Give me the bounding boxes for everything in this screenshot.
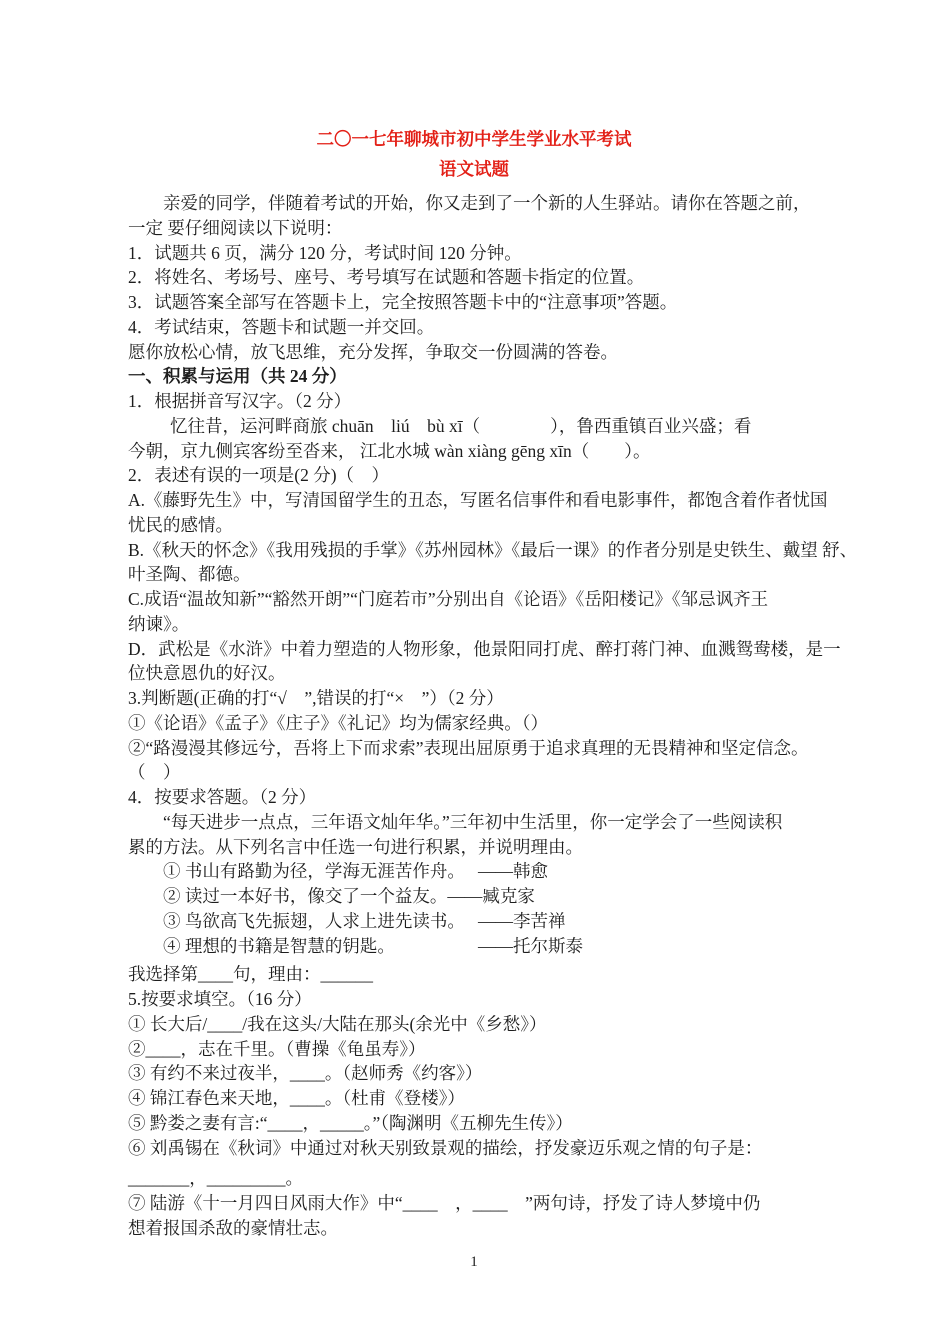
question-line: 2．表述有误的一项是(2 分)（ ） xyxy=(128,463,820,488)
page-number: 1 xyxy=(128,1250,820,1274)
option-line: D．武松是《水浒》中着力塑造的人物形象，他景阳同打虎、醉打蒋门神、血溅鸳鸯楼，是… xyxy=(128,637,820,662)
fill-item-line: ① 长大后/____/我在这头/大陆在那头(余光中《乡愁》） xyxy=(128,1012,820,1037)
fill-item-line: ④ 锦江春色来天地，____。（杜甫《登楼》） xyxy=(128,1086,820,1111)
text-line: 愿你放松心情，放飞思维，充分发挥，争取交一份圆满的答卷。 xyxy=(128,340,820,365)
quote-line: ① 书山有路勤为径，学海无涯苦作舟。 ——韩愈 xyxy=(128,859,820,884)
question-line: 1．根据拼音写汉字。（2 分） xyxy=(128,389,820,414)
answer-blank-line: 我选择第____句，理由：______ xyxy=(128,962,820,987)
fill-item-line: ⑤ 黔娄之妻有言:“____，_____。”（陶渊明《五柳先生传》） xyxy=(128,1111,820,1136)
quote-line: ② 读过一本好书，像交了一个益友。——臧克家 xyxy=(128,884,820,909)
question-line: 5.按要求填空。（16 分） xyxy=(128,987,820,1012)
text-line: ②“路漫漫其修远兮，吾将上下而求索”表现出屈原勇于追求真理的无畏精神和坚定信念。 xyxy=(128,736,820,761)
text-line: 2．将姓名、考场号、座号、考号填写在试题和答题卡指定的位置。 xyxy=(128,265,820,290)
option-line: 位快意恩仇的好汉。 xyxy=(128,661,820,686)
fill-item-line: ③ 有约不来过夜半，____。（赵师秀《约客》） xyxy=(128,1061,820,1086)
document-subtitle: 语文试题 xyxy=(128,154,820,184)
text-line: “每天进步一点点，三年语文灿年华。”三年初中生活里，你一定学会了一些阅读积 xyxy=(128,810,820,835)
text-line: 1．试题共 6 页，满分 120 分，考试时间 120 分钟。 xyxy=(128,241,820,266)
fill-item-line: ⑥ 刘禹锡在《秋词》中通过对秋天别致景观的描绘，抒发豪迈乐观之情的句子是： xyxy=(128,1136,820,1161)
text-line: 忆往昔，运河畔商旅 chuān liú bù xī（ ），鲁西重镇百业兴盛；看 xyxy=(128,414,820,439)
question-line: 4．按要求答题。（2 分） xyxy=(128,785,820,810)
text-line: 一定 要仔细阅读以下说明： xyxy=(128,216,820,241)
text-line: 亲爱的同学，伴随着考试的开始，你又走到了一个新的人生驿站。请你在答题之前， xyxy=(128,191,820,216)
fill-item-line: ②____，志在千里。（曹操《龟虽寿》） xyxy=(128,1037,820,1062)
text-line: 3．试题答案全部写在答题卡上，完全按照答题卡中的“注意事项”答题。 xyxy=(128,290,820,315)
fill-item-line: 想着报国杀敌的豪情壮志。 xyxy=(128,1216,820,1241)
quote-line: ④ 理想的书籍是智慧的钥匙。 ——托尔斯泰 xyxy=(128,934,820,959)
option-line: A.《藤野先生》中，写清国留学生的丑态，写匿名信事件和看电影事件，都饱含着作者忧… xyxy=(128,488,820,513)
option-line: 忧民的感情。 xyxy=(128,513,820,538)
exam-paper-page: 二〇一七年聊城市初中学生学业水平考试 语文试题 亲爱的同学，伴随着考试的开始，你… xyxy=(0,0,950,1344)
quote-line: ③ 鸟欲高飞先振翅，人求上进先读书。 ——李苦禅 xyxy=(128,909,820,934)
option-line: 叶圣陶、都德。 xyxy=(128,562,820,587)
option-line: 纳谏》。 xyxy=(128,612,820,637)
text-line: 今朝，京九侧宾客纷至沓来， 江北水城 wàn xiàng gēng xīn（ ）… xyxy=(128,439,820,464)
text-line: 4．考试结束，答题卡和试题一并交回。 xyxy=(128,315,820,340)
document-content: 二〇一七年聊城市初中学生学业水平考试 语文试题 亲爱的同学，伴随着考试的开始，你… xyxy=(128,124,820,1274)
answer-blank-line: _______，_________。 xyxy=(128,1166,820,1191)
question-line: 3.判断题(正确的打“√ ”,错误的打“× ”）（2 分） xyxy=(128,686,820,711)
option-line: B.《秋天的怀念》《我用残损的手掌》《苏州园林》《最后一课》的作者分别是史铁生、… xyxy=(128,538,820,563)
fill-item-line: ⑦ 陆游《十一月四日风雨大作》中“____ ，____ ”两句诗，抒发了诗人梦境… xyxy=(128,1191,820,1216)
document-title: 二〇一七年聊城市初中学生学业水平考试 xyxy=(128,124,820,154)
option-line: C.成语“温故知新”“豁然开朗”“门庭若市”分别出自《论语》《岳阳楼记》《邹忌讽… xyxy=(128,587,820,612)
text-line: （ ） xyxy=(128,760,820,785)
text-line: ①《论语》《孟子》《庄子》《礼记》均为儒家经典。（） xyxy=(128,711,820,736)
text-line: 累的方法。从下列名言中任选一句进行积累，并说明理由。 xyxy=(128,835,820,860)
section-heading: 一、积累与运用（共 24 分） xyxy=(128,364,820,389)
